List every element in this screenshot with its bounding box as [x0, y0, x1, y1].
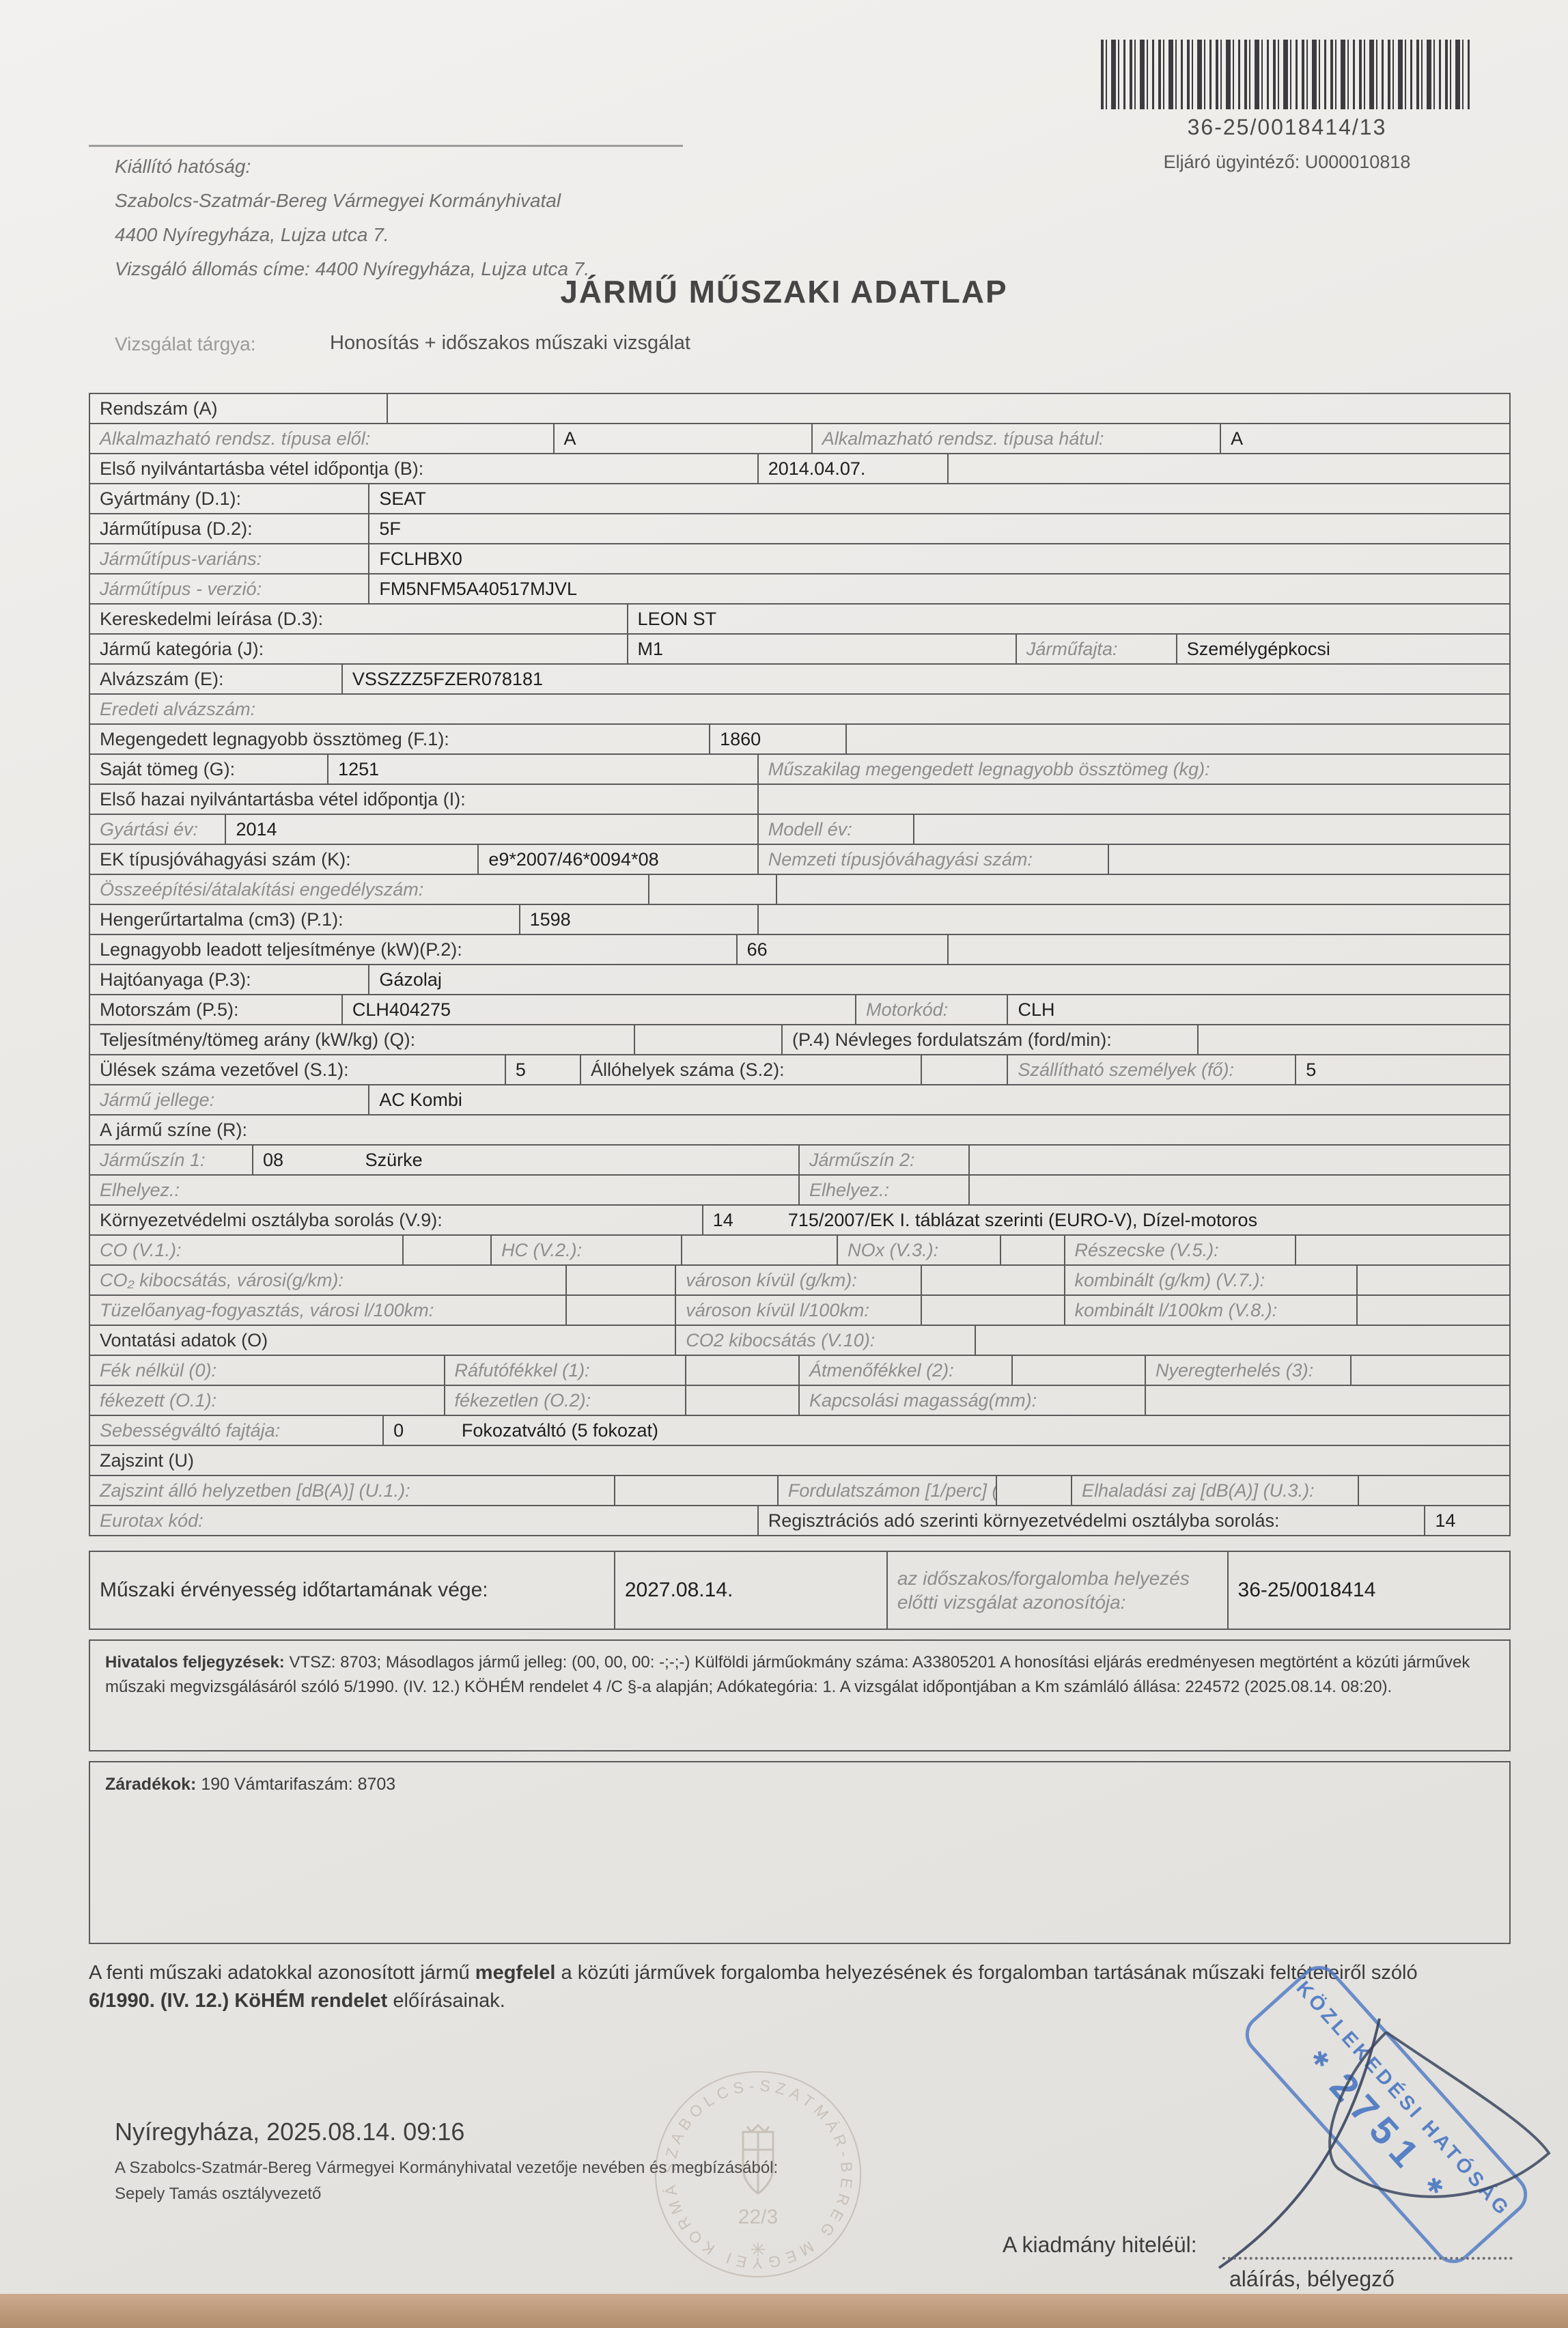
field-label: NOx (V.3.):: [838, 1236, 1001, 1264]
field-value: 2027.08.14.: [615, 1552, 888, 1629]
field-label: városon kívül l/100km:: [676, 1296, 921, 1325]
field-value: [922, 1055, 1009, 1084]
field-value: [404, 1236, 492, 1264]
field-value: [759, 905, 1509, 934]
form-row: Ülések száma vezetővel (S.1):5Állóhelyek…: [90, 1055, 1509, 1085]
field-value: FCLHBX0: [369, 544, 1509, 573]
form-row: Eredeti alvázszám:: [90, 695, 1509, 725]
field-label: Tüzelőanyag-fogyasztás, városi l/100km:: [90, 1296, 567, 1325]
field-label: Első nyilvántartásba vétel időpontja (B)…: [90, 454, 759, 483]
field-label: Műszakilag megengedett legnagyobb össztö…: [759, 755, 1509, 784]
field-label: Fordulatszámon [1/perc] (U.2.):: [779, 1476, 997, 1505]
field-value: [567, 1296, 676, 1325]
field-label: Jármű kategória (J):: [90, 635, 628, 663]
field-value: [970, 1176, 1509, 1204]
field-value: [686, 1356, 800, 1385]
field-value: 36-25/0018414: [1229, 1552, 1509, 1629]
field-label: fékezett (O.1):: [90, 1386, 445, 1415]
desk-background: [0, 2294, 1568, 2328]
field-value: [635, 1025, 783, 1054]
form-row: Fék nélkül (0):Ráfutófékkel (1):Átmenőfé…: [90, 1356, 1509, 1386]
form-row: Járműtípus-variáns:FCLHBX0: [90, 544, 1509, 574]
field-value: [615, 1476, 779, 1505]
form-row: Környezetvédelmi osztályba sorolás (V.9)…: [90, 1206, 1509, 1236]
field-label: Alvázszám (E):: [90, 665, 343, 693]
field-label: Legnagyobb leadott teljesítménye (kW)(P.…: [90, 935, 738, 964]
form-row: Eurotax kód:Regisztrációs adó szerinti k…: [90, 1506, 1509, 1536]
field-label: Saját tömeg (G):: [90, 755, 328, 784]
field-label: Állóhelyek száma (S.2):: [581, 1055, 922, 1084]
field-value: Fokozatváltó (5 fokozat): [452, 1416, 1509, 1445]
form-row: Tüzelőanyag-fogyasztás, városi l/100km:v…: [90, 1296, 1509, 1326]
field-value: [922, 1266, 1065, 1294]
barcode: [1101, 40, 1473, 109]
field-value: [847, 725, 1509, 753]
field-label: Kapcsolási magasság(mm):: [800, 1386, 1146, 1415]
field-value: [1352, 1356, 1509, 1385]
field-label: Alkalmazható rendsz. típusa elől:: [90, 424, 555, 453]
field-value: [1358, 1296, 1509, 1325]
document-title: JÁRMŰ MŰSZAKI ADATLAP: [0, 273, 1568, 310]
field-value: 5F: [369, 514, 1509, 543]
star-icon: ✱: [1420, 2172, 1449, 2200]
field-value: AC Kombi: [369, 1085, 1509, 1114]
field-value: CLH: [1008, 995, 1509, 1024]
field-label: Átmenőfékkel (2):: [800, 1356, 1013, 1385]
field-value: [759, 695, 1509, 723]
field-value: SEAT: [369, 484, 1509, 513]
field-label: EK típusjóváhagyási szám (K):: [90, 845, 479, 874]
form-row: Műszaki érvényesség időtartamának vége:2…: [90, 1552, 1509, 1630]
issuer-address: 4400 Nyíregyháza, Lujza utca 7.: [115, 224, 389, 246]
field-value: [949, 935, 1509, 964]
field-label: Eurotax kód:: [90, 1506, 759, 1535]
field-value: 2014: [226, 815, 758, 844]
field-value: [914, 815, 1509, 844]
text-segment: előírásainak.: [387, 1990, 505, 2012]
form-row: Zajszint álló helyzetben [dB(A)] (U.1.):…: [90, 1476, 1509, 1506]
field-label: kombinált l/100km (V.8.):: [1065, 1296, 1358, 1325]
field-value: [1146, 1386, 1509, 1415]
field-value: Személygépkocsi: [1177, 635, 1509, 663]
form-row: Saját tömeg (G):1251Műszakilag megengede…: [90, 755, 1509, 785]
field-label: CO₂ kibocsátás, városi(g/km):: [90, 1266, 567, 1294]
field-label: CO (V.1.):: [90, 1236, 404, 1264]
field-label: Ülések száma vezetővel (S.1):: [90, 1055, 506, 1084]
field-label: Járműtípus - verzió:: [90, 574, 369, 603]
form-row: Járműtípusa (D.2):5F: [90, 514, 1509, 544]
field-label: Motorkód:: [856, 995, 1008, 1024]
field-value: [1109, 845, 1509, 874]
field-label: Műszaki érvényesség időtartamának vége:: [90, 1552, 615, 1629]
footer-signer: Sepely Tamás osztályvezető: [115, 2185, 321, 2204]
form-row: Jármű kategória (J):M1Járműfajta:Személy…: [90, 635, 1509, 665]
issuer-name: Szabolcs-Szatmár-Bereg Vármegyei Kormány…: [115, 190, 561, 212]
field-label: Környezetvédelmi osztályba sorolás (V.9)…: [90, 1206, 703, 1234]
field-value: [1199, 1025, 1509, 1054]
field-label: Járműtípusa (D.2):: [90, 514, 369, 543]
form-row: Megengedett legnagyobb össztömeg (F.1):1…: [90, 725, 1509, 755]
field-label: Hajtóanyaga (P.3):: [90, 965, 369, 994]
field-value: A: [555, 424, 813, 453]
form-row: Első hazai nyilvántartásba vétel időpont…: [90, 785, 1509, 815]
seal-number: 22/3: [738, 2206, 778, 2228]
field-label: Összeépítési/átalakítási engedélyszám:: [90, 875, 649, 904]
field-value: 1598: [520, 905, 759, 934]
field-value: 1251: [328, 755, 759, 784]
official-notes-box: Hivatalos feljegyzések: VTSZ: 8703; Máso…: [89, 1639, 1511, 1751]
form-row: Gyártási év:2014Modell év:: [90, 815, 1509, 845]
field-value: [970, 1146, 1509, 1174]
field-label: Megengedett legnagyobb össztömeg (F.1):: [90, 725, 710, 753]
field-label: Vontatási adatok (O): [90, 1326, 676, 1355]
field-value: 08: [253, 1146, 356, 1174]
field-value: [922, 1296, 1065, 1325]
field-value: [1001, 1236, 1065, 1264]
field-value: 2014.04.07.: [759, 454, 949, 483]
field-label: Sebességváltó fajtája:: [90, 1416, 384, 1445]
field-label: Kereskedelmi leírása (D.3):: [90, 605, 628, 633]
field-label: CO2 kibocsátás (V.10):: [676, 1326, 975, 1355]
clauses-box: Záradékok: 190 Vámtarifaszám: 8703: [89, 1761, 1511, 1944]
form-row: Kereskedelmi leírása (D.3):LEON ST: [90, 605, 1509, 635]
field-label: A jármű színe (R):: [90, 1115, 1509, 1144]
field-value: 0: [384, 1416, 452, 1445]
field-value: 5: [506, 1055, 581, 1084]
field-value: [686, 1386, 800, 1415]
scanned-document-page: Kiállító hatóság: Szabolcs-Szatmár-Bereg…: [0, 0, 1568, 2328]
field-label: Járműtípus-variáns:: [90, 544, 369, 573]
field-value: [1296, 1236, 1509, 1264]
field-value: [253, 1176, 800, 1204]
field-label: Fék nélkül (0):: [90, 1356, 445, 1385]
header-divider: [89, 145, 683, 147]
field-value: [949, 454, 1509, 483]
field-label: Eredeti alvázszám:: [90, 695, 759, 723]
field-label: városon kívül (g/km):: [676, 1266, 921, 1294]
field-value: [759, 785, 1509, 814]
field-value: CLH404275: [343, 995, 856, 1024]
field-value: [976, 1326, 1509, 1355]
form-row: Zajszint (U): [90, 1446, 1509, 1476]
field-value: A: [1221, 424, 1509, 453]
form-row: Hajtóanyaga (P.3):Gázolaj: [90, 965, 1509, 995]
text-segment: megfelel: [475, 1962, 556, 1984]
text-segment: Záradékok:: [105, 1775, 196, 1794]
field-label: Zajszint (U): [90, 1446, 1509, 1475]
form-row: Alkalmazható rendsz. típusa elől:AAlkalm…: [90, 424, 1509, 454]
field-label: Alkalmazható rendsz. típusa hátul:: [813, 424, 1221, 453]
text-segment: 6/1990. (IV. 12.) KöHÉM rendelet: [89, 1990, 387, 2012]
field-label: Gyártási év:: [90, 815, 226, 844]
text-segment: a közúti járművek forgalomba helyezéséne…: [555, 1962, 1417, 1984]
form-row: Teljesítmény/tömeg arány (kW/kg) (Q):(P.…: [90, 1025, 1509, 1055]
form-row: EK típusjóváhagyási szám (K):e9*2007/46*…: [90, 845, 1509, 875]
field-label: Járműszín 2:: [800, 1146, 970, 1174]
form-row: Legnagyobb leadott teljesítménye (kW)(P.…: [90, 935, 1509, 965]
field-value: Szürke: [356, 1146, 800, 1174]
issuer-label: Kiállító hatóság:: [115, 156, 251, 178]
field-value: 715/2007/EK I. táblázat szerinti (EURO-V…: [779, 1206, 1509, 1234]
field-label: Elhelyez.:: [90, 1176, 253, 1204]
text-segment: A fenti műszaki adatokkal azonosított já…: [89, 1962, 475, 1984]
text-segment: Hivatalos feljegyzések:: [105, 1653, 285, 1672]
form-row: CO (V.1.):HC (V.2.):NOx (V.3.):Részecske…: [90, 1236, 1509, 1266]
field-label: Járműfajta:: [1017, 635, 1177, 663]
field-value: [997, 1476, 1072, 1505]
form-row: Elhelyez.:Elhelyez.:: [90, 1176, 1509, 1206]
field-value: [682, 1236, 839, 1264]
attest-dotted-line: [1222, 2221, 1513, 2260]
field-label: kombinált (g/km) (V.7.):: [1065, 1266, 1358, 1294]
form-row: Vontatási adatok (O)CO2 kibocsátás (V.10…: [90, 1326, 1509, 1356]
field-label: Első hazai nyilvántartásba vétel időpont…: [90, 785, 759, 814]
field-label: Regisztrációs adó szerinti környezetvéde…: [759, 1506, 1426, 1535]
coat-of-arms-icon: [743, 2125, 773, 2193]
form-row: Alvázszám (E):VSSZZZ5FZER078181: [90, 665, 1509, 695]
seal-ring-text: SZABOLCS-SZATMÁR-BEREG MEGYEI KORMÁNYHIV…: [642, 2058, 856, 2272]
barcode-number: 36-25/0018414/13: [1101, 115, 1473, 140]
field-label: Gyártmány (D.1):: [90, 484, 369, 513]
field-value: VSSZZZ5FZER078181: [343, 665, 1509, 693]
form-table: Rendszám (A)Alkalmazható rendsz. típusa …: [89, 393, 1511, 1536]
form-row: Összeépítési/átalakítási engedélyszám:: [90, 875, 1509, 905]
form-row: Járműtípus - verzió:FM5NFM5A40517MJVL: [90, 574, 1509, 605]
field-label: Szállítható személyek (fő):: [1008, 1055, 1296, 1084]
text-segment: VTSZ: 8703; Másodlagos jármű jelleg: (00…: [105, 1653, 1470, 1696]
field-value: Gázolaj: [369, 965, 1509, 994]
field-value: 14: [1425, 1506, 1509, 1535]
field-label: Rendszám (A): [90, 394, 388, 423]
field-label: Részecske (V.5.):: [1065, 1236, 1297, 1264]
field-value: e9*2007/46*0094*08: [479, 845, 758, 874]
field-value: 14: [703, 1206, 779, 1234]
footer-date-line: Nyíregyháza, 2025.08.14. 09:16: [115, 2118, 464, 2146]
form-row: Sebességváltó fajtája:0Fokozatváltó (5 f…: [90, 1416, 1509, 1446]
text-segment: 190 Vámtarifaszám: 8703: [196, 1775, 395, 1794]
form-row: Gyártmány (D.1):SEAT: [90, 484, 1509, 514]
field-label: Zajszint álló helyzetben [dB(A)] (U.1.):: [90, 1476, 615, 1505]
seal-star-icon: ✳: [750, 2239, 766, 2260]
field-value: FM5NFM5A40517MJVL: [369, 574, 1509, 603]
field-value: [567, 1266, 676, 1294]
form-row: Járműszín 1:08SzürkeJárműszín 2:: [90, 1146, 1509, 1176]
field-label: Nyeregterhelés (3):: [1146, 1356, 1352, 1385]
attest-label: A kiadmány hiteléül:: [1003, 2232, 1197, 2258]
field-value: [1358, 1266, 1509, 1294]
field-value: [777, 875, 1509, 904]
field-label: Teljesítmény/tömeg arány (kW/kg) (Q):: [90, 1025, 635, 1054]
field-value: 1860: [710, 725, 846, 753]
clerk-id-line: Eljáró ügyintéző: U000010818: [1101, 152, 1473, 173]
field-value: M1: [628, 635, 1017, 663]
field-label: az időszakos/forgalomba helyezés előtti …: [888, 1552, 1229, 1629]
attest-caption: aláírás, bélyegző: [1229, 2267, 1395, 2292]
form-row: Motorszám (P.5):CLH404275Motorkód:CLH: [90, 995, 1509, 1025]
field-label: Nemzeti típusjóváhagyási szám:: [759, 845, 1109, 874]
field-label: Modell év:: [759, 815, 915, 844]
validity-box: Műszaki érvényesség időtartamának vége:2…: [89, 1551, 1511, 1630]
field-value: [649, 875, 777, 904]
form-row: Jármű jellege:AC Kombi: [90, 1085, 1509, 1115]
form-row: CO₂ kibocsátás, városi(g/km):városon kív…: [90, 1266, 1509, 1296]
field-label: (P.4) Névleges fordulatszám (ford/min):: [783, 1025, 1199, 1054]
field-label: Jármű jellege:: [90, 1085, 369, 1114]
field-value: 5: [1296, 1055, 1509, 1084]
form-row: fékezett (O.1):fékezetlen (O.2):Kapcsolá…: [90, 1386, 1509, 1416]
form-row: A jármű színe (R):: [90, 1115, 1509, 1146]
form-row: Rendszám (A): [90, 394, 1509, 424]
form-row: Első nyilvántartásba vétel időpontja (B)…: [90, 454, 1509, 484]
field-value: [388, 394, 1509, 423]
field-value: [1359, 1476, 1509, 1505]
field-value: LEON ST: [628, 605, 1509, 633]
inspection-subject-label: Vizsgálat tárgya:: [115, 333, 256, 355]
inspection-subject-value: Honosítás + időszakos műszaki vizsgálat: [330, 332, 690, 355]
field-value: [1013, 1356, 1146, 1385]
field-label: Hengerűrtartalma (cm3) (P.1):: [90, 905, 520, 934]
watermark-seal: SZABOLCS-SZATMÁR-BEREG MEGYEI KORMÁNYHIV…: [642, 2058, 874, 2290]
field-label: Motorszám (P.5):: [90, 995, 343, 1024]
field-value: 66: [738, 935, 949, 964]
field-label: Elhaladási zaj [dB(A)] (U.3.):: [1072, 1476, 1359, 1505]
field-label: Járműszín 1:: [90, 1146, 253, 1174]
field-label: fékezetlen (O.2):: [445, 1386, 686, 1415]
star-icon: ✱: [1306, 2045, 1335, 2073]
field-label: Elhelyez.:: [800, 1176, 970, 1204]
form-row: Hengerűrtartalma (cm3) (P.1):1598: [90, 905, 1509, 935]
field-label: HC (V.2.):: [492, 1236, 682, 1264]
field-label: Ráfutófékkel (1):: [445, 1356, 686, 1385]
